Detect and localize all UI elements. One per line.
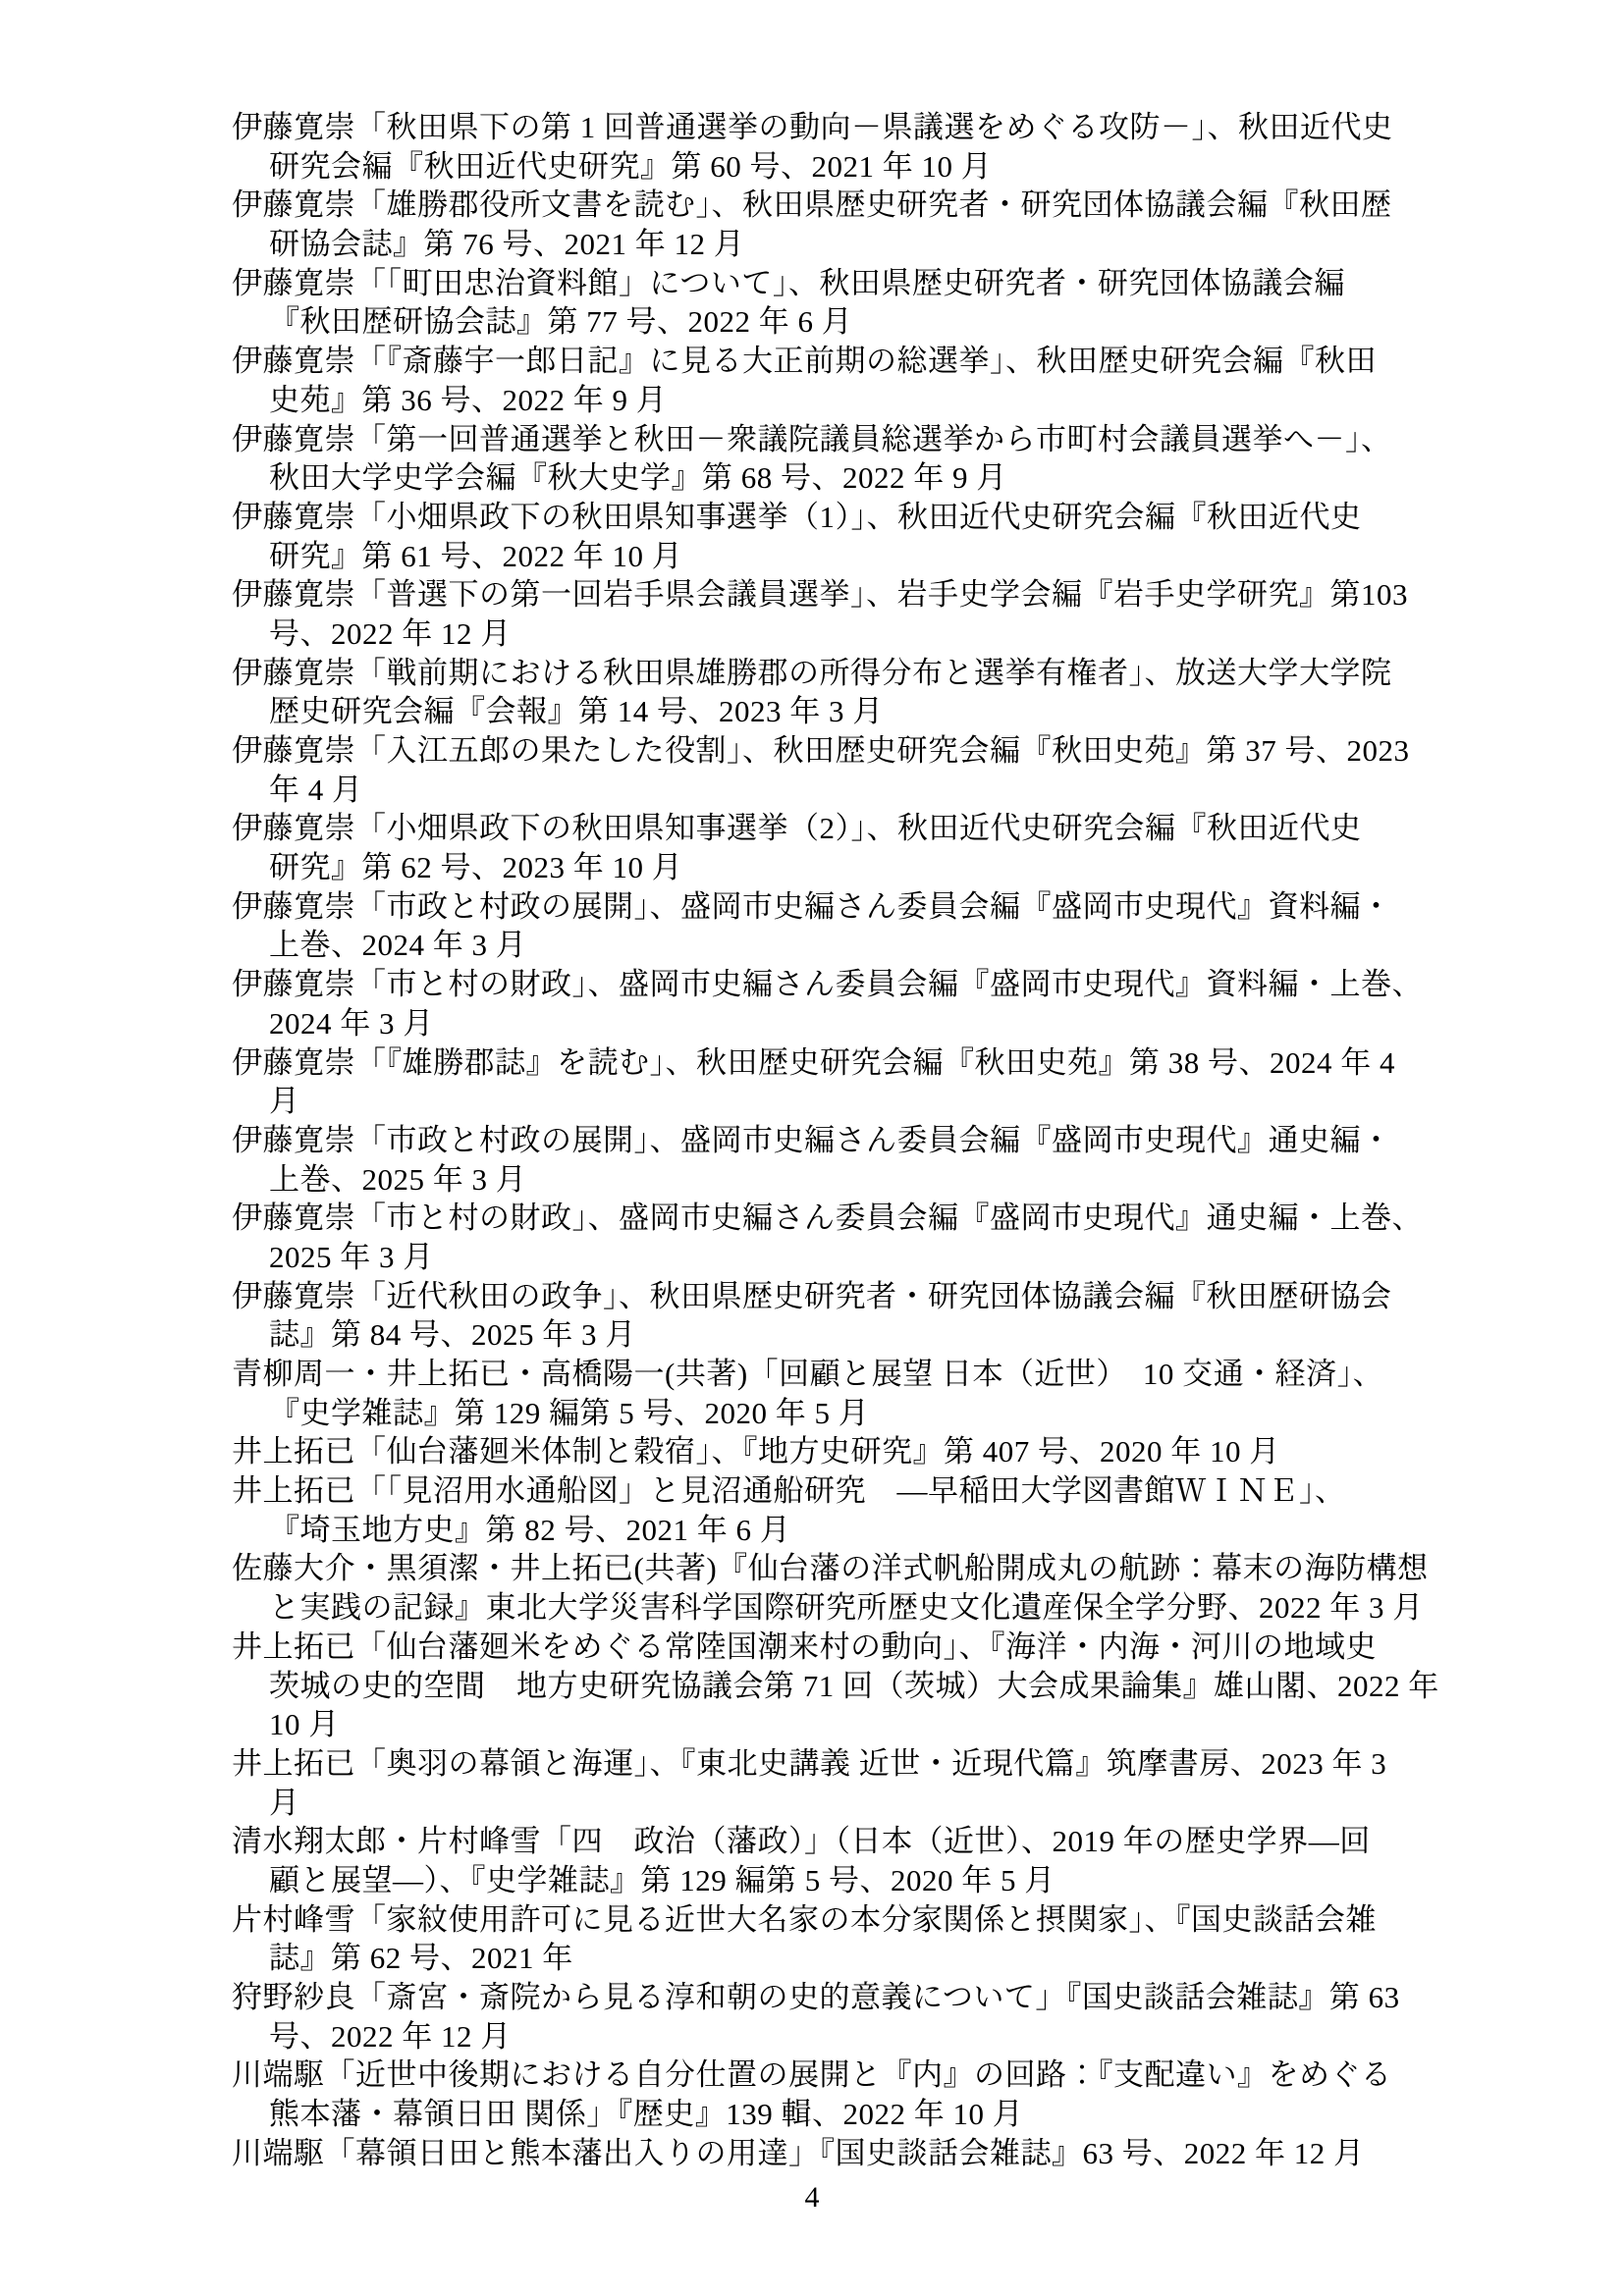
bibliography-entry: 伊藤寛崇「「町田忠治資料館」について」、秋田県歴史研究者・研究団体協議会編『秋田… — [232, 264, 1398, 342]
bibliography-entry: 伊藤寛崇「雄勝郡役所文書を読む」、秋田県歴史研究者・研究団体協議会編『秋田歴研協… — [232, 186, 1398, 263]
bibliography-entry: 伊藤寛崇「近代秋田の政争」、秋田県歴史研究者・研究団体協議会編『秋田歴研協会誌』… — [232, 1277, 1398, 1355]
bibliography-line: 伊藤寛崇「市政と村政の展開」、盛岡市史編さん委員会編『盛岡市史現代』資料編・ — [232, 887, 1398, 927]
bibliography-line: 月 — [232, 1082, 1398, 1121]
bibliography-line: 井上拓已「「見沼用水通船図」と見沼通船研究 ―早稲田大学図書館ＷＩＮＥ」、 — [232, 1471, 1398, 1511]
bibliography-line: 2024 年 3 月 — [232, 1004, 1398, 1043]
bibliography-line: 伊藤寛崇「小畑県政下の秋田県知事選挙（2）」、秋田近代史研究会編『秋田近代史 — [232, 809, 1398, 848]
bibliography-line: 『史学雑誌』第 129 編第 5 号、2020 年 5 月 — [232, 1394, 1398, 1433]
bibliography-line: 誌』第 84 号、2025 年 3 月 — [232, 1315, 1398, 1355]
bibliography-entry: 伊藤寛崇「戦前期における秋田県雄勝郡の所得分布と選挙有権者」、放送大学大学院歴史… — [232, 654, 1398, 731]
bibliography-line: 茨城の史的空間 地方史研究協議会第 71 回（茨城）大会成果論集』雄山閣、202… — [232, 1667, 1398, 1706]
bibliography-entry: 伊藤寛崇「小畑県政下の秋田県知事選挙（1）」、秋田近代史研究会編『秋田近代史研究… — [232, 498, 1398, 575]
bibliography-line: 片村峰雪「家紋使用許可に見る近世大名家の本分家関係と摂関家」、『国史談話会雑 — [232, 1900, 1398, 1940]
bibliography-line: 井上拓已「奥羽の幕領と海運」、『東北史講義 近世・近現代篇』筑摩書房、2023 … — [232, 1744, 1398, 1784]
bibliography-entry: 伊藤寛崇「秋田県下の第 1 回普通選挙の動向－県議選をめぐる攻防－」、秋田近代史… — [232, 108, 1398, 186]
bibliography-entry: 青柳周一・井上拓已・高橋陽一(共著)「回顧と展望 日本（近世） 10 交通・経済… — [232, 1355, 1398, 1432]
bibliography-line: 『埼玉地方史』第 82 号、2021 年 6 月 — [232, 1511, 1398, 1550]
bibliography-line: 歴史研究会編『会報』第 14 号、2023 年 3 月 — [232, 692, 1398, 731]
bibliography-list: 伊藤寛崇「秋田県下の第 1 回普通選挙の動向－県議選をめぐる攻防－」、秋田近代史… — [232, 108, 1398, 2172]
bibliography-line: 井上拓已「仙台藩廻米をめぐる常陸国潮来村の動向」、『海洋・内海・河川の地域史 — [232, 1628, 1398, 1667]
bibliography-entry: 片村峰雪「家紋使用許可に見る近世大名家の本分家関係と摂関家」、『国史談話会雑誌』… — [232, 1900, 1398, 1978]
bibliography-line: 佐藤大介・黒須潔・井上拓已(共著)『仙台藩の洋式帆船開成丸の航跡：幕末の海防構想 — [232, 1549, 1398, 1588]
bibliography-line: 伊藤寛崇「第一回普通選挙と秋田－衆議院議員総選挙から市町村会議員選挙へ－」、 — [232, 420, 1398, 459]
bibliography-entry: 伊藤寛崇「『雄勝郡誌』を読む」、秋田歴史研究会編『秋田史苑』第 38 号、202… — [232, 1043, 1398, 1121]
bibliography-line: 研究』第 61 号、2022 年 10 月 — [232, 537, 1398, 576]
page-number: 4 — [0, 2181, 1624, 2215]
bibliography-line: 伊藤寛崇「小畑県政下の秋田県知事選挙（1）」、秋田近代史研究会編『秋田近代史 — [232, 498, 1398, 537]
bibliography-entry: 井上拓已「仙台藩廻米をめぐる常陸国潮来村の動向」、『海洋・内海・河川の地域史茨城… — [232, 1628, 1398, 1744]
bibliography-entry: 伊藤寛崇「入江五郎の果たした役割」、秋田歴史研究会編『秋田史苑』第 37 号、2… — [232, 731, 1398, 809]
bibliography-entry: 井上拓已「「見沼用水通船図」と見沼通船研究 ―早稲田大学図書館ＷＩＮＥ」、『埼玉… — [232, 1471, 1398, 1549]
bibliography-line: 10 月 — [232, 1705, 1398, 1744]
bibliography-line: 上巻、2025 年 3 月 — [232, 1160, 1398, 1200]
bibliography-line: 狩野紗良「斎宮・斎院から見る淳和朝の史的意義について」『国史談話会雑誌』第 63 — [232, 1978, 1398, 2017]
bibliography-line: 青柳周一・井上拓已・高橋陽一(共著)「回顧と展望 日本（近世） 10 交通・経済… — [232, 1355, 1398, 1394]
bibliography-entry: 川端駆「近世中後期における自分仕置の展開と『内』の回路：『支配違い』をめぐる熊本… — [232, 2056, 1398, 2133]
bibliography-entry: 清水翔太郎・片村峰雪「四 政治（藩政）」（日本（近世）、2019 年の歴史学界―… — [232, 1822, 1398, 1899]
bibliography-line: 年 4 月 — [232, 771, 1398, 810]
bibliography-entry: 佐藤大介・黒須潔・井上拓已(共著)『仙台藩の洋式帆船開成丸の航跡：幕末の海防構想… — [232, 1549, 1398, 1627]
bibliography-line: 研究会編『秋田近代史研究』第 60 号、2021 年 10 月 — [232, 147, 1398, 187]
document-page: 伊藤寛崇「秋田県下の第 1 回普通選挙の動向－県議選をめぐる攻防－」、秋田近代史… — [0, 0, 1624, 2296]
bibliography-line: 井上拓已「仙台藩廻米体制と穀宿」、『地方史研究』第 407 号、2020 年 1… — [232, 1432, 1398, 1471]
bibliography-entry: 伊藤寛崇「市政と村政の展開」、盛岡市史編さん委員会編『盛岡市史現代』通史編・上巻… — [232, 1121, 1398, 1199]
bibliography-line: 伊藤寛崇「『雄勝郡誌』を読む」、秋田歴史研究会編『秋田史苑』第 38 号、202… — [232, 1043, 1398, 1083]
bibliography-line: と実践の記録』東北大学災害科学国際研究所歴史文化遺産保全学分野、2022 年 3… — [232, 1588, 1398, 1628]
bibliography-line: 伊藤寛崇「普選下の第一回岩手県会議員選挙」、岩手史学会編『岩手史学研究』第103 — [232, 575, 1398, 614]
bibliography-line: 伊藤寛崇「戦前期における秋田県雄勝郡の所得分布と選挙有権者」、放送大学大学院 — [232, 654, 1398, 693]
bibliography-entry: 川端駆「幕領日田と熊本藩出入りの用達」『国史談話会雑誌』63 号、2022 年 … — [232, 2134, 1398, 2173]
bibliography-line: 清水翔太郎・片村峰雪「四 政治（藩政）」（日本（近世）、2019 年の歴史学界―… — [232, 1822, 1398, 1861]
bibliography-entry: 狩野紗良「斎宮・斎院から見る淳和朝の史的意義について」『国史談話会雑誌』第 63… — [232, 1978, 1398, 2056]
bibliography-line: 2025 年 3 月 — [232, 1238, 1398, 1277]
bibliography-line: 伊藤寛崇「秋田県下の第 1 回普通選挙の動向－県議選をめぐる攻防－」、秋田近代史 — [232, 108, 1398, 147]
bibliography-line: 秋田大学史学会編『秋大史学』第 68 号、2022 年 9 月 — [232, 458, 1398, 498]
bibliography-entry: 伊藤寛崇「第一回普通選挙と秋田－衆議院議員総選挙から市町村会議員選挙へ－」、秋田… — [232, 420, 1398, 498]
bibliography-line: 伊藤寛崇「『斎藤宇一郎日記』に見る大正前期の総選挙」、秋田歴史研究会編『秋田 — [232, 342, 1398, 381]
bibliography-line: 顧と展望―）、『史学雑誌』第 129 編第 5 号、2020 年 5 月 — [232, 1861, 1398, 1900]
bibliography-line: 上巻、2024 年 3 月 — [232, 926, 1398, 965]
bibliography-line: 号、2022 年 12 月 — [232, 2017, 1398, 2056]
bibliography-line: 熊本藩・幕領日田 関係」『歴史』139 輯、2022 年 10 月 — [232, 2095, 1398, 2134]
bibliography-line: 伊藤寛崇「市と村の財政」、盛岡市史編さん委員会編『盛岡市史現代』資料編・上巻、 — [232, 965, 1398, 1004]
bibliography-entry: 井上拓已「仙台藩廻米体制と穀宿」、『地方史研究』第 407 号、2020 年 1… — [232, 1432, 1398, 1471]
bibliography-entry: 伊藤寛崇「市と村の財政」、盛岡市史編さん委員会編『盛岡市史現代』資料編・上巻、2… — [232, 965, 1398, 1042]
bibliography-line: 号、2022 年 12 月 — [232, 614, 1398, 654]
bibliography-line: 研協会誌』第 76 号、2021 年 12 月 — [232, 225, 1398, 264]
bibliography-line: 川端駆「幕領日田と熊本藩出入りの用達」『国史談話会雑誌』63 号、2022 年 … — [232, 2134, 1398, 2173]
bibliography-entry: 伊藤寛崇「普選下の第一回岩手県会議員選挙」、岩手史学会編『岩手史学研究』第103… — [232, 575, 1398, 653]
bibliography-line: 『秋田歴研協会誌』第 77 号、2022 年 6 月 — [232, 302, 1398, 342]
bibliography-entry: 井上拓已「奥羽の幕領と海運」、『東北史講義 近世・近現代篇』筑摩書房、2023 … — [232, 1744, 1398, 1822]
bibliography-line: 史苑』第 36 号、2022 年 9 月 — [232, 381, 1398, 420]
bibliography-line: 川端駆「近世中後期における自分仕置の展開と『内』の回路：『支配違い』をめぐる — [232, 2056, 1398, 2095]
bibliography-line: 伊藤寛崇「雄勝郡役所文書を読む」、秋田県歴史研究者・研究団体協議会編『秋田歴 — [232, 186, 1398, 225]
bibliography-line: 伊藤寛崇「市政と村政の展開」、盛岡市史編さん委員会編『盛岡市史現代』通史編・ — [232, 1121, 1398, 1160]
bibliography-line: 伊藤寛崇「入江五郎の果たした役割」、秋田歴史研究会編『秋田史苑』第 37 号、2… — [232, 731, 1398, 771]
bibliography-line: 伊藤寛崇「市と村の財政」、盛岡市史編さん委員会編『盛岡市史現代』通史編・上巻、 — [232, 1199, 1398, 1238]
bibliography-line: 伊藤寛崇「「町田忠治資料館」について」、秋田県歴史研究者・研究団体協議会編 — [232, 264, 1398, 303]
bibliography-entry: 伊藤寛崇「小畑県政下の秋田県知事選挙（2）」、秋田近代史研究会編『秋田近代史研究… — [232, 809, 1398, 886]
bibliography-line: 伊藤寛崇「近代秋田の政争」、秋田県歴史研究者・研究団体協議会編『秋田歴研協会 — [232, 1277, 1398, 1316]
bibliography-entry: 伊藤寛崇「市と村の財政」、盛岡市史編さん委員会編『盛岡市史現代』通史編・上巻、2… — [232, 1199, 1398, 1276]
bibliography-entry: 伊藤寛崇「市政と村政の展開」、盛岡市史編さん委員会編『盛岡市史現代』資料編・上巻… — [232, 887, 1398, 965]
bibliography-entry: 伊藤寛崇「『斎藤宇一郎日記』に見る大正前期の総選挙」、秋田歴史研究会編『秋田史苑… — [232, 342, 1398, 419]
bibliography-line: 月 — [232, 1784, 1398, 1823]
bibliography-line: 誌』第 62 号、2021 年 — [232, 1939, 1398, 1978]
bibliography-line: 研究』第 62 号、2023 年 10 月 — [232, 848, 1398, 887]
